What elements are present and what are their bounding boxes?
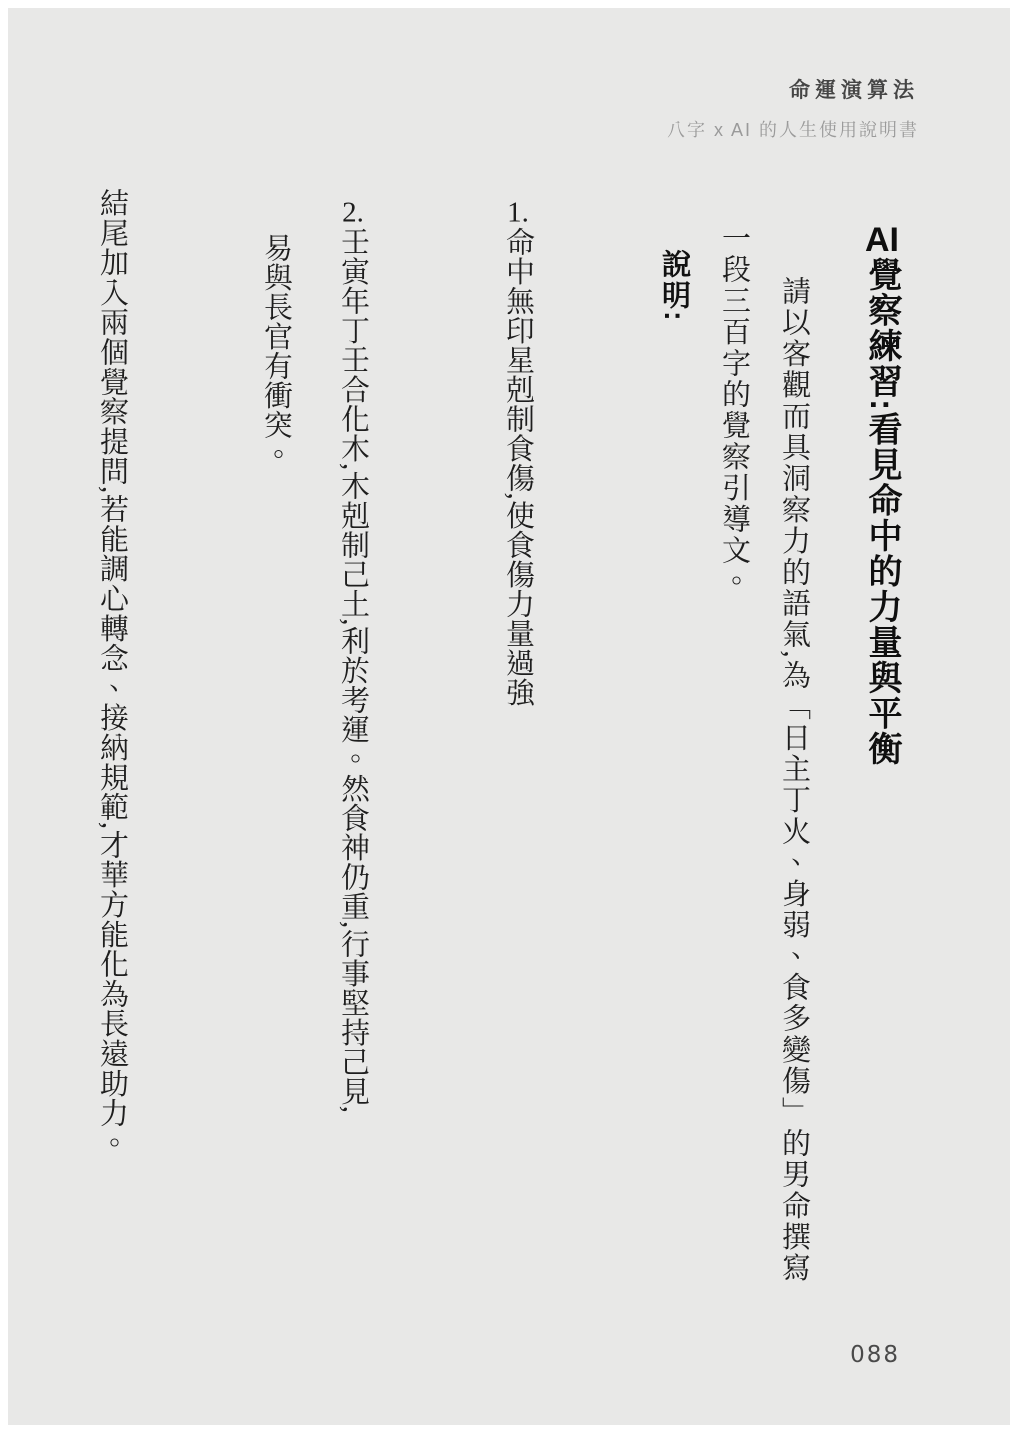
lead-paragraph: 請以客觀而具洞察力的語氣,為「日主丁火、身弱、食多變傷」的男命撰寫 一段三百字的… bbox=[704, 223, 824, 1318]
book-page: 命運演算法 八字 x AI 的人生使用說明書 AI覺察練習:看見命中的力量與平衡… bbox=[8, 8, 1010, 1425]
running-head: 命運演算法 八字 x AI 的人生使用說明書 bbox=[667, 74, 919, 142]
list-item-text: 命中無印星剋制食傷,使食傷力量過強 bbox=[502, 227, 534, 707]
book-title: 命運演算法 bbox=[667, 74, 919, 104]
page-title-latin: AI bbox=[863, 223, 901, 257]
list-item-number: 2. bbox=[337, 198, 369, 227]
section-label: 說明: bbox=[644, 249, 704, 1318]
page-number: 088 bbox=[850, 1342, 900, 1368]
list-item-text: 壬寅年丁壬合化木,木剋制己土,利於考運。然食神仍重,行事堅持己見, 易與長官有衝… bbox=[260, 227, 369, 1114]
list-item: 2.壬寅年丁壬合化木,木剋制己土,利於考運。然食神仍重,行事堅持己見, 易與長官… bbox=[237, 233, 479, 1318]
list-item-number: 1. bbox=[502, 198, 534, 227]
page-title: AI覺察練習:看見命中的力量與平衡 bbox=[860, 223, 904, 1318]
page-body: AI覺察練習:看見命中的力量與平衡 請以客觀而具洞察力的語氣,為「日主丁火、身弱… bbox=[74, 223, 904, 1318]
explanation-list: 1.命中無印星剋制食傷,使食傷力量過強 2.壬寅年丁壬合化木,木剋制己土,利於考… bbox=[237, 233, 644, 1318]
closing-paragraph: 結尾加入兩個覺察提問,若能調心轉念、接納規範,才華方能化為長遠助力。 bbox=[74, 223, 237, 1318]
page-title-text: 覺察練習:看見命中的力量與平衡 bbox=[863, 257, 901, 767]
list-item: 1.命中無印星剋制食傷,使食傷力量過強 bbox=[479, 233, 644, 1318]
book-subtitle: 八字 x AI 的人生使用說明書 bbox=[667, 116, 919, 142]
